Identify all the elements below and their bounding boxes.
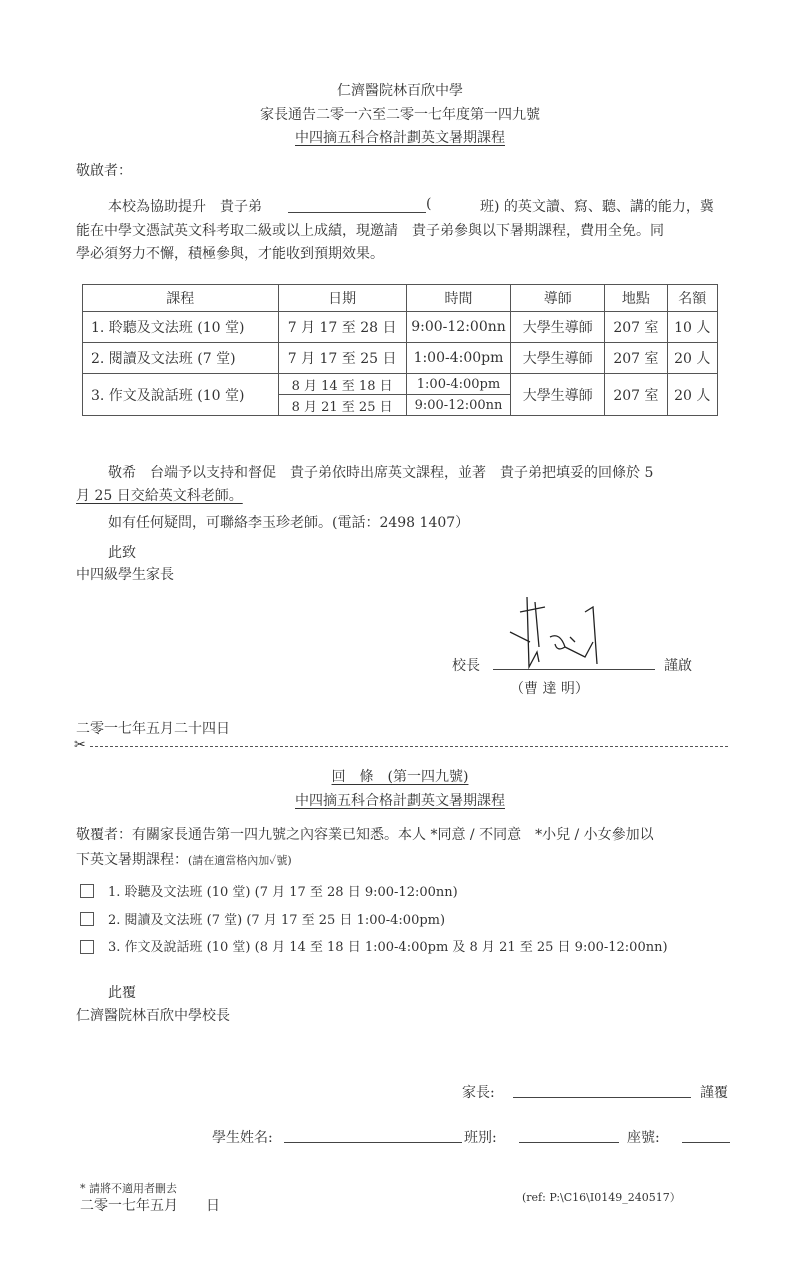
- reply-line2: 下英文暑期課程：: [76, 849, 188, 869]
- student-name-label: 學生姓名:: [212, 1127, 273, 1147]
- quota-cell: 20 人: [667, 374, 717, 416]
- time-cell: 9:00-12:00nn: [406, 312, 511, 343]
- quota-cell: 20 人: [667, 343, 717, 374]
- course-table: 課程 日期 時間 導師 地點 名額 1. 聆聽及文法班 (10 堂) 7 月 1…: [82, 284, 718, 416]
- seat-field[interactable]: [682, 1142, 730, 1143]
- col-date: 日期: [278, 285, 406, 312]
- option-3-checkbox[interactable]: [80, 940, 94, 954]
- principal-name: （曹 達 明）: [510, 678, 589, 698]
- para1-part-c: 班) 的英文讀、寫、聽、講的能力，冀: [480, 196, 714, 216]
- reply-date: 二零一七年五月 日: [80, 1195, 220, 1215]
- parent-label: 家長:: [462, 1082, 495, 1102]
- col-tutor: 導師: [511, 285, 605, 312]
- signature-suffix: 謹啟: [664, 655, 692, 675]
- closing: 此致: [108, 542, 136, 562]
- para1-part-b: (: [426, 196, 431, 212]
- salutation: 敬啟者：: [76, 160, 132, 180]
- venue-cell: 207 室: [605, 343, 667, 374]
- class-label: 班別:: [464, 1127, 497, 1147]
- notice-number: 家長通告二零一六至二零一七年度第一四九號: [0, 104, 800, 124]
- parent-signature-field[interactable]: [513, 1097, 691, 1098]
- reference-code: (ref: P:\C16\I0149_240517）: [522, 1189, 681, 1205]
- col-venue: 地點: [605, 285, 667, 312]
- principal-label: 校長: [452, 655, 480, 675]
- table-row: 3. 作文及說話班 (10 堂) 8 月 14 至 18 日 1:00-4:00…: [83, 374, 718, 395]
- scissors-icon: ✂: [74, 737, 86, 753]
- col-course: 課程: [83, 285, 279, 312]
- date-cell: 8 月 21 至 25 日: [278, 395, 406, 416]
- col-quota: 名額: [667, 285, 717, 312]
- notice-title: 中四摘五科合格計劃英文暑期課程: [0, 127, 800, 147]
- signature-image: [505, 592, 625, 672]
- venue-cell: 207 室: [605, 312, 667, 343]
- time-cell: 1:00-4:00pm: [406, 343, 511, 374]
- student-name-blank: [288, 212, 426, 213]
- course-cell: 3. 作文及說話班 (10 堂): [83, 374, 279, 416]
- option-1-checkbox[interactable]: [80, 884, 94, 898]
- date-cell: 7 月 17 至 28 日: [278, 312, 406, 343]
- course-cell: 1. 聆聽及文法班 (10 堂): [83, 312, 279, 343]
- time-cell: 9:00-12:00nn: [406, 395, 511, 416]
- para1-line3: 學必須努力不懈，積極參與，才能收到預期效果。: [76, 243, 384, 263]
- option-3-label: 3. 作文及說話班 (10 堂) (8 月 14 至 18 日 1:00-4:0…: [108, 936, 668, 955]
- seat-label: 座號:: [627, 1127, 660, 1147]
- time-cell: 1:00-4:00pm: [406, 374, 511, 395]
- option-2-checkbox[interactable]: [80, 912, 94, 926]
- cut-line: [90, 746, 728, 747]
- para1-part-a: 本校為協助提升 貴子弟: [108, 196, 262, 216]
- parent-suffix: 謹覆: [700, 1082, 728, 1102]
- tutor-cell: 大學生導師: [511, 374, 605, 416]
- date-cell: 8 月 14 至 18 日: [278, 374, 406, 395]
- reply-line1: 敬覆者：有關家長通告第一四九號之內容業已知悉。本人 *同意 / 不同意 *小兒 …: [76, 824, 654, 844]
- tutor-cell: 大學生導師: [511, 343, 605, 374]
- quota-cell: 10 人: [667, 312, 717, 343]
- option-2-label: 2. 閱讀及文法班 (7 堂) (7 月 17 至 25 日 1:00-4:00…: [108, 909, 445, 928]
- para2-line2: 月 25 日交給英文科老師。: [76, 485, 243, 505]
- table-header-row: 課程 日期 時間 導師 地點 名額: [83, 285, 718, 312]
- reply-recipient: 仁濟醫院林百欣中學校長: [76, 1005, 230, 1025]
- reply-subtitle: 中四摘五科合格計劃英文暑期課程: [0, 790, 800, 810]
- table-row: 2. 閱讀及文法班 (7 堂) 7 月 17 至 25 日 1:00-4:00p…: [83, 343, 718, 374]
- reply-tick-note: (請在適當格內加✓號): [188, 852, 292, 868]
- footnote: * 請將不適用者刪去: [80, 1180, 177, 1196]
- para2-line1: 敬希 台端予以支持和督促 貴子弟依時出席英文課程，並著 貴子弟把填妥的回條於 5: [108, 462, 653, 482]
- option-1-label: 1. 聆聽及文法班 (10 堂) (7 月 17 至 28 日 9:00-12:…: [108, 881, 458, 900]
- student-name-field[interactable]: [284, 1142, 462, 1143]
- reply-closing: 此覆: [108, 982, 136, 1002]
- letter-date: 二零一七年五月二十四日: [76, 718, 230, 738]
- date-cell: 7 月 17 至 25 日: [278, 343, 406, 374]
- col-time: 時間: [406, 285, 511, 312]
- class-field[interactable]: [519, 1142, 619, 1143]
- course-cell: 2. 閱讀及文法班 (7 堂): [83, 343, 279, 374]
- para1-line2: 能在中學文憑試英文科考取二級或以上成績，現邀請 貴子弟參與以下暑期課程，費用全免…: [76, 220, 664, 240]
- school-name: 仁濟醫院林百欣中學: [0, 80, 800, 100]
- reply-title: 回 條 (第一四九號): [0, 766, 800, 786]
- table-row: 1. 聆聽及文法班 (10 堂) 7 月 17 至 28 日 9:00-12:0…: [83, 312, 718, 343]
- recipient: 中四級學生家長: [76, 564, 174, 584]
- tutor-cell: 大學生導師: [511, 312, 605, 343]
- venue-cell: 207 室: [605, 374, 667, 416]
- contact-line: 如有任何疑問，可聯絡李玉珍老師。(電話：2498 1407）: [108, 512, 469, 532]
- signature-line: [493, 669, 655, 670]
